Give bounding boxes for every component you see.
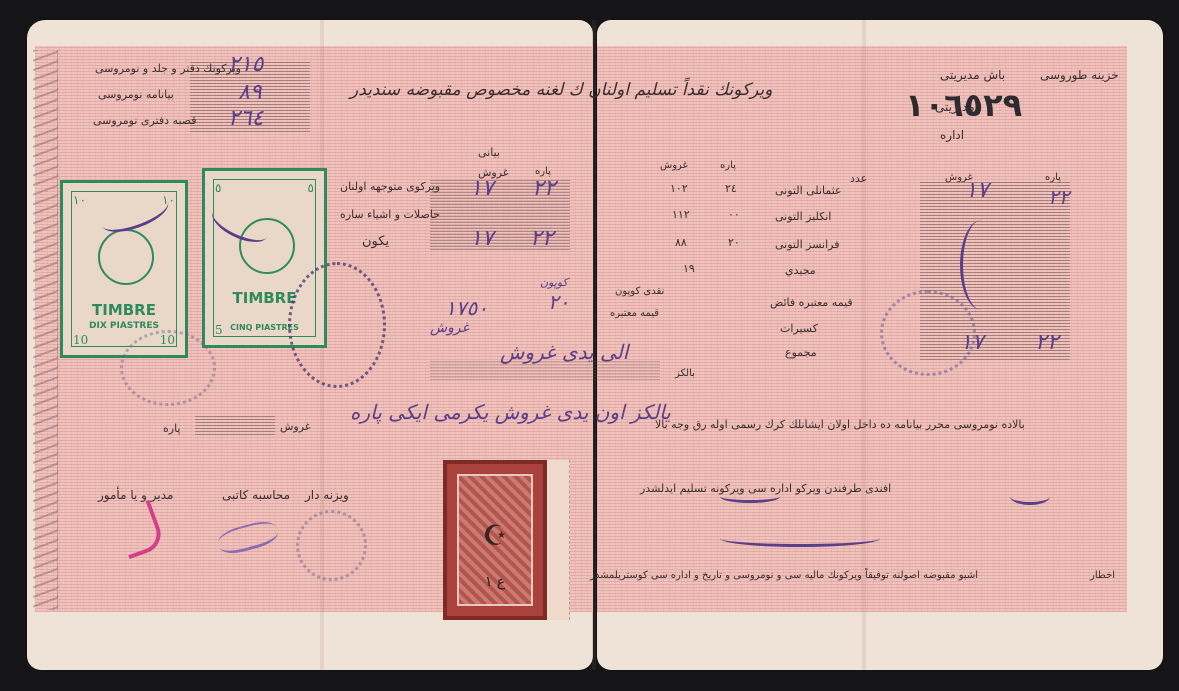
handwritten-total-words: يالكز اون يدى غروش يكرمى ايكى پاره <box>350 400 671 424</box>
signatory-accountant: محاسبه كاتبى <box>222 488 290 502</box>
document-title: ويركونك نقداً تسليم اولنان ك لغنه مخصوص … <box>350 80 772 100</box>
middle-row-total-kurus: ١٧ <box>470 226 494 251</box>
header-directorate: مديريتى <box>935 100 975 114</box>
amount-line-label: بالاده نومروسى محرر بيانامه ده داخل اولا… <box>655 418 1025 431</box>
handwritten-kurus-amount: ١٧٥٠ <box>445 296 488 320</box>
amount-line-kurus: غروش <box>280 420 311 433</box>
handwritten-vertical-stroke <box>960 220 1003 310</box>
footnote-label: اخطار <box>1090 570 1115 581</box>
declaration-number-label: بيانامه نومروسى <box>98 88 174 101</box>
middle-row-tax-para: ٢٢ <box>532 176 556 201</box>
middle-row-total-label: يكون <box>362 234 389 249</box>
valuables-label: قيمه معتبره <box>610 308 659 319</box>
handwritten-coupon-amount: ٢٠ <box>548 290 569 314</box>
rates-col-para: پاره <box>720 160 736 171</box>
middle-col-description: بيانى <box>478 146 500 159</box>
header-main-directorate: باش مديريتى <box>940 68 1005 82</box>
rate-ottoman-label: عثمانلى التونى <box>775 184 842 197</box>
footnote-text: اشبو مقبوضه اصولنه توفيقاً ويركونك ماليه… <box>590 570 978 581</box>
ledger-volume-label: ويركونك دفتر و جلد و نومروسى <box>95 62 241 75</box>
revenue-stamp-red: ☪ ع ١ <box>443 460 547 620</box>
rate-french-label: فرانسز التونى <box>775 238 839 251</box>
middle-row-tax-label: ويركوى متوجهه اولنان <box>340 180 440 193</box>
middle-row-total-para: ٢٢ <box>530 226 554 251</box>
handwritten-name-stroke <box>720 490 780 503</box>
town-ledger-label: قصبه دفترى نومروسى <box>93 114 197 127</box>
header-administration: اداره <box>940 128 964 142</box>
crescent-star-icon: ☪ <box>447 519 543 552</box>
right-col-count: عدد <box>850 172 867 185</box>
declaration-number-value: ٨٩ <box>238 80 262 105</box>
rate-english-para: ٠٠ <box>728 208 740 221</box>
right-total-para: ٢٢ <box>1035 330 1059 355</box>
tughra-crescent-icon <box>98 229 154 285</box>
middle-row-tax-kurus: ١٧ <box>470 176 494 201</box>
stamp-selvage <box>547 460 570 620</box>
handwritten-kurus-label: غروش <box>430 320 469 336</box>
rate-french-kurus: ٨٨ <box>675 236 687 249</box>
handwritten-coupon-label: كوپون <box>540 276 568 289</box>
amount-line-para: پاره <box>163 422 181 435</box>
treasurer-seal <box>296 510 367 581</box>
signatory-director: مدير و يا مأمور <box>98 488 173 502</box>
right-row1-para: ٢٢ <box>1048 185 1069 209</box>
rate-ottoman-para: ٢٤ <box>725 182 737 195</box>
handwritten-date-stroke <box>1010 488 1050 505</box>
right-row1-kurus: ١٧ <box>965 178 989 203</box>
header-treasury-label: خزينه طوروسى <box>1040 68 1119 82</box>
rate-english-label: انكليز التونى <box>775 210 831 223</box>
right-seal-impression <box>880 290 976 376</box>
rate-ottoman-kurus: ١٠٢ <box>670 182 688 195</box>
cancellation-seal-large <box>288 262 386 388</box>
right-label-valuables: قيمه معتبره فائض <box>770 296 853 309</box>
signatory-treasurer: ويزنه دار <box>305 488 349 502</box>
amount-words-lines <box>430 360 660 380</box>
para-field-lines <box>195 415 275 435</box>
cancellation-seal-small <box>120 330 216 406</box>
rates-col-kurus: غروش <box>660 160 688 171</box>
handwritten-signature-stroke <box>720 530 880 547</box>
cash-coupon-label: نقدى كوپون <box>615 286 664 297</box>
town-ledger-value: ٢٦٤ <box>228 106 263 131</box>
rate-french-para: ٢٠ <box>728 236 740 249</box>
ledger-volume-value: ٢١٥ <box>228 52 263 77</box>
right-label-fractions: كسيرات <box>780 322 818 335</box>
ornamental-margin-border <box>33 50 58 610</box>
total-only-label: بالكز <box>675 368 695 379</box>
rate-english-kurus: ١١٢ <box>672 208 690 221</box>
right-label-total: مجموع <box>785 346 817 359</box>
rate-mecidiye-kurus: ١٩ <box>683 262 695 275</box>
right-label-mecidiye: مجيدي <box>785 264 816 277</box>
middle-row-other-label: حاصلات و اشياء ساره <box>340 208 440 221</box>
